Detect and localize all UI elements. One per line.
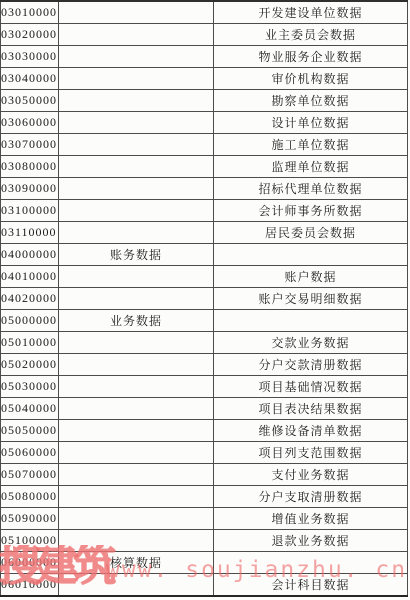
code-cell: 04020000 xyxy=(1,288,59,310)
item-cell: 项目表决结果数据 xyxy=(214,398,408,420)
category-cell xyxy=(59,156,214,178)
code-cell: 05010000 xyxy=(1,332,59,354)
category-cell xyxy=(59,200,214,222)
category-cell: 核算数据 xyxy=(59,552,214,574)
item-cell: 项目基础情况数据 xyxy=(214,376,408,398)
item-cell: 账户交易明细数据 xyxy=(214,288,408,310)
code-cell: 06000000 xyxy=(1,552,59,574)
item-cell: 业主委员会数据 xyxy=(214,24,408,46)
code-cell: 05070000 xyxy=(1,464,59,486)
code-cell: 05000000 xyxy=(1,310,59,332)
category-cell xyxy=(59,266,214,288)
code-cell: 03020000 xyxy=(1,24,59,46)
code-cell: 05050000 xyxy=(1,420,59,442)
code-cell: 05060000 xyxy=(1,442,59,464)
item-cell: 账户数据 xyxy=(214,266,408,288)
code-cell: 03100000 xyxy=(1,200,59,222)
item-cell xyxy=(214,310,408,332)
table-row: 05020000 分户交款清册数据 xyxy=(1,354,408,376)
table-row: 03020000 业主委员会数据 xyxy=(1,24,408,46)
code-cell: 03110000 xyxy=(1,222,59,244)
category-cell xyxy=(59,420,214,442)
table-row: 03080000 监理单位数据 xyxy=(1,156,408,178)
table-row: 06010000 会计科目数据 xyxy=(1,574,408,597)
item-cell: 支付业务数据 xyxy=(214,464,408,486)
category-cell xyxy=(59,222,214,244)
item-cell: 分户支取清册数据 xyxy=(214,486,408,508)
category-cell xyxy=(59,398,214,420)
category-cell xyxy=(59,178,214,200)
item-cell: 勘察单位数据 xyxy=(214,90,408,112)
item-cell: 退款业务数据 xyxy=(214,530,408,552)
code-cell: 03070000 xyxy=(1,134,59,156)
table-row: 05070000 支付业务数据 xyxy=(1,464,408,486)
table-row: 03010000 开发建设单位数据 xyxy=(1,1,408,24)
table-row: 03050000 勘察单位数据 xyxy=(1,90,408,112)
item-cell xyxy=(214,552,408,574)
code-cell: 03050000 xyxy=(1,90,59,112)
table-body: 03010000 开发建设单位数据 03020000 业主委员会数据 03030… xyxy=(1,1,408,596)
table-row: 03070000 施工单位数据 xyxy=(1,134,408,156)
table-row: 05000000 业务数据 xyxy=(1,310,408,332)
code-cell: 05090000 xyxy=(1,508,59,530)
category-cell: 业务数据 xyxy=(59,310,214,332)
item-cell: 项目列支范围数据 xyxy=(214,442,408,464)
item-cell xyxy=(214,244,408,266)
item-cell: 增值业务数据 xyxy=(214,508,408,530)
category-cell xyxy=(59,530,214,552)
table-row: 04020000 账户交易明细数据 xyxy=(1,288,408,310)
item-cell: 分户交款清册数据 xyxy=(214,354,408,376)
category-cell xyxy=(59,464,214,486)
table-row: 03110000 居民委员会数据 xyxy=(1,222,408,244)
table-row: 05090000 增值业务数据 xyxy=(1,508,408,530)
item-cell: 施工单位数据 xyxy=(214,134,408,156)
item-cell: 会计师事务所数据 xyxy=(214,200,408,222)
category-cell xyxy=(59,288,214,310)
table-row: 05060000 项目列支范围数据 xyxy=(1,442,408,464)
category-cell xyxy=(59,46,214,68)
category-cell xyxy=(59,486,214,508)
item-cell: 物业服务企业数据 xyxy=(214,46,408,68)
category-cell xyxy=(59,1,214,24)
table-row: 05100000 退款业务数据 xyxy=(1,530,408,552)
code-cell: 05030000 xyxy=(1,376,59,398)
code-cell: 04000000 xyxy=(1,244,59,266)
category-cell xyxy=(59,574,214,597)
table-row: 03060000 设计单位数据 xyxy=(1,112,408,134)
category-cell xyxy=(59,90,214,112)
table-row: 03040000 审价机构数据 xyxy=(1,68,408,90)
scanned-document-page: 03010000 开发建设单位数据 03020000 业主委员会数据 03030… xyxy=(0,0,410,600)
table-row: 05050000 维修设备清单数据 xyxy=(1,420,408,442)
category-cell xyxy=(59,442,214,464)
code-cell: 05040000 xyxy=(1,398,59,420)
item-cell: 监理单位数据 xyxy=(214,156,408,178)
table-row: 04010000 账户数据 xyxy=(1,266,408,288)
code-cell: 03090000 xyxy=(1,178,59,200)
category-cell xyxy=(59,376,214,398)
table-row: 03030000 物业服务企业数据 xyxy=(1,46,408,68)
category-cell xyxy=(59,112,214,134)
category-cell xyxy=(59,508,214,530)
item-cell: 设计单位数据 xyxy=(214,112,408,134)
code-cell: 03080000 xyxy=(1,156,59,178)
table-row: 04000000 账务数据 xyxy=(1,244,408,266)
table-row: 05040000 项目表决结果数据 xyxy=(1,398,408,420)
code-cell: 05100000 xyxy=(1,530,59,552)
data-classification-table: 03010000 开发建设单位数据 03020000 业主委员会数据 03030… xyxy=(0,0,408,597)
item-cell: 开发建设单位数据 xyxy=(214,1,408,24)
item-cell: 交款业务数据 xyxy=(214,332,408,354)
code-cell: 03030000 xyxy=(1,46,59,68)
category-cell xyxy=(59,354,214,376)
category-cell xyxy=(59,68,214,90)
code-cell: 05080000 xyxy=(1,486,59,508)
code-cell: 05020000 xyxy=(1,354,59,376)
item-cell: 会计科目数据 xyxy=(214,574,408,597)
item-cell: 招标代理单位数据 xyxy=(214,178,408,200)
item-cell: 居民委员会数据 xyxy=(214,222,408,244)
table-row: 03100000 会计师事务所数据 xyxy=(1,200,408,222)
category-cell xyxy=(59,134,214,156)
table-row: 03090000 招标代理单位数据 xyxy=(1,178,408,200)
table-row: 06000000 核算数据 xyxy=(1,552,408,574)
table-row: 05010000 交款业务数据 xyxy=(1,332,408,354)
category-cell: 账务数据 xyxy=(59,244,214,266)
category-cell xyxy=(59,332,214,354)
category-cell xyxy=(59,24,214,46)
table-row: 05030000 项目基础情况数据 xyxy=(1,376,408,398)
code-cell: 03060000 xyxy=(1,112,59,134)
code-cell: 04010000 xyxy=(1,266,59,288)
code-cell: 06010000 xyxy=(1,574,59,597)
item-cell: 维修设备清单数据 xyxy=(214,420,408,442)
item-cell: 审价机构数据 xyxy=(214,68,408,90)
table-row: 05080000 分户支取清册数据 xyxy=(1,486,408,508)
code-cell: 03010000 xyxy=(1,1,59,24)
code-cell: 03040000 xyxy=(1,68,59,90)
